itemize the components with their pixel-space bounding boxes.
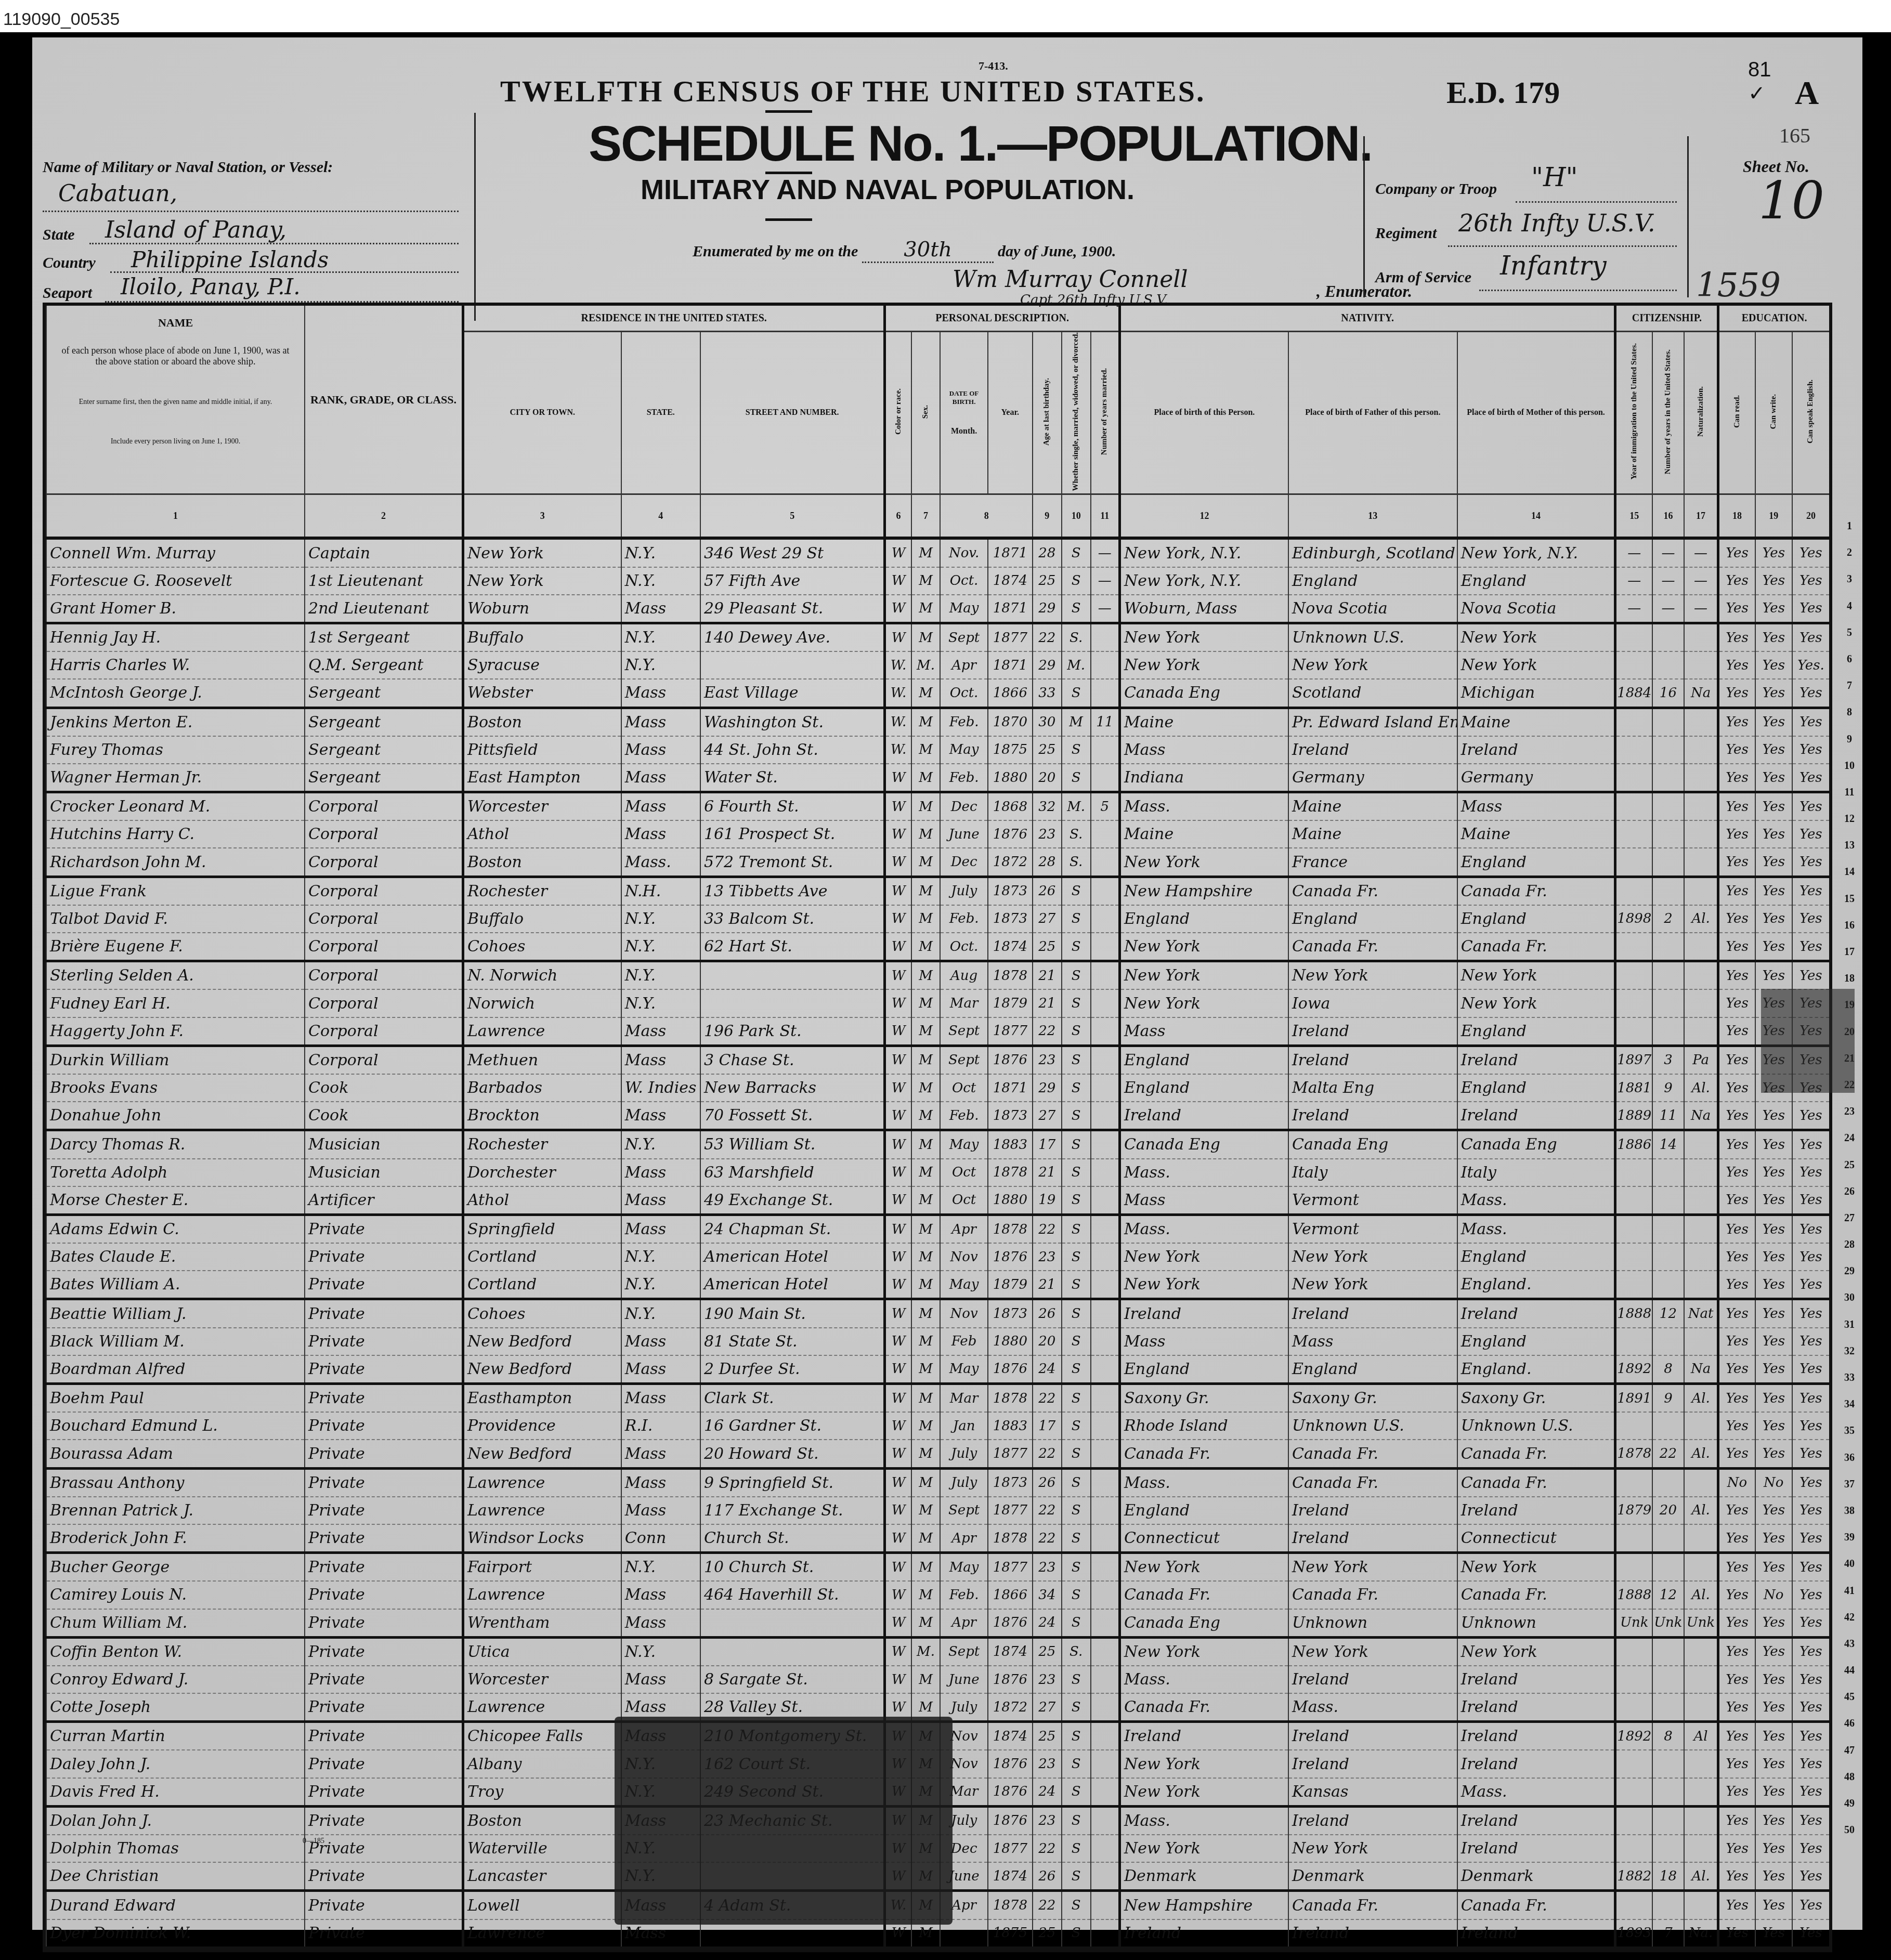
- cell-bf: Ireland: [1288, 736, 1457, 764]
- cell-bm: Connecticut: [1457, 1524, 1615, 1553]
- cell-rank: Private: [305, 1609, 463, 1638]
- cell-bf: France: [1288, 848, 1457, 877]
- cell-age: 23: [1033, 1750, 1062, 1778]
- cell-imm: —: [1615, 567, 1652, 595]
- cell-read: Yes: [1718, 933, 1755, 961]
- cell-month: Oct: [940, 1159, 987, 1186]
- cell-rank: Private: [305, 1271, 463, 1299]
- cell-bm: Ireland: [1457, 1299, 1615, 1328]
- cell-marital: S.: [1062, 1637, 1091, 1666]
- cell-marital: S: [1062, 1159, 1091, 1186]
- column-number: 4: [621, 494, 700, 539]
- cell-sex: M: [911, 1609, 941, 1638]
- cell-year: 1880: [988, 1328, 1033, 1355]
- cell-city: Dorchester: [463, 1159, 621, 1186]
- cell-yrs: [1652, 1693, 1684, 1722]
- cell-nat: [1684, 1468, 1718, 1497]
- cell-state: Mass: [621, 1581, 700, 1609]
- cell-read: Yes: [1718, 1609, 1755, 1638]
- cell-bp: Mass.: [1119, 1214, 1288, 1243]
- cell-marital: S: [1062, 1862, 1091, 1891]
- cell-street: 81 State St.: [700, 1328, 885, 1355]
- cell-bm: Mass.: [1457, 1186, 1615, 1215]
- regiment-label: Regiment: [1375, 225, 1437, 242]
- cell-name: Darcy Thomas R.: [46, 1130, 305, 1159]
- cell-nat: Nat: [1684, 1299, 1718, 1328]
- cell-state: Mass: [621, 595, 700, 623]
- cell-name: Talbot David F.: [46, 905, 305, 933]
- cell-month: Sept: [940, 1046, 987, 1074]
- cell-write: Yes: [1755, 1693, 1792, 1722]
- cell-bm: New York: [1457, 1553, 1615, 1582]
- enum-prefix: Enumerated by me on the: [693, 243, 858, 260]
- cell-sex: M: [911, 792, 941, 821]
- header-immigration-year: Year of immigration to the United States…: [1615, 332, 1652, 494]
- header-years-in-us: Number of years in the United States.: [1652, 332, 1684, 494]
- cell-read: Yes: [1718, 1524, 1755, 1553]
- cell-imm: [1615, 1328, 1652, 1355]
- line-number: 2: [1839, 540, 1860, 566]
- cell-bm: New York: [1457, 1637, 1615, 1666]
- cell-city: Buffalo: [463, 905, 621, 933]
- station-label: Name of Military or Naval Station, or Ve…: [43, 159, 333, 176]
- cell-name: Bouchard Edmund L.: [46, 1412, 305, 1440]
- cell-speak: Yes: [1792, 1468, 1829, 1497]
- cell-bm: England.: [1457, 1355, 1615, 1384]
- cell-age: 23: [1033, 1046, 1062, 1074]
- title-rule: [765, 218, 812, 221]
- cell-imm: Unk: [1615, 1609, 1652, 1638]
- cell-write: Yes: [1755, 736, 1792, 764]
- cell-year: 1877: [988, 1017, 1033, 1046]
- cell-read: Yes: [1718, 1722, 1755, 1750]
- table-row: Wagner Herman Jr.SergeantEast HamptonMas…: [46, 764, 1829, 792]
- cell-nat: [1684, 1806, 1718, 1835]
- cell-imm: [1615, 623, 1652, 651]
- arm-value: Infantry: [1500, 251, 1607, 281]
- cell-sex: M: [911, 708, 941, 736]
- cell-street: 464 Haverhill St.: [700, 1581, 885, 1609]
- cell-read: Yes: [1718, 1355, 1755, 1384]
- cell-nat: Al.: [1684, 1440, 1718, 1468]
- cell-imm: [1615, 764, 1652, 792]
- cell-imm: [1615, 1666, 1652, 1693]
- cell-imm: [1615, 708, 1652, 736]
- cell-marital: S: [1062, 1750, 1091, 1778]
- line-number: 10: [1839, 753, 1860, 779]
- header-street: STREET AND NUMBER.: [700, 332, 885, 494]
- cell-marital: S: [1062, 1468, 1091, 1497]
- cell-imm: 1898: [1615, 905, 1652, 933]
- cell-read: Yes: [1718, 1862, 1755, 1891]
- cell-age: 28: [1033, 848, 1062, 877]
- cell-color: W: [885, 1553, 911, 1582]
- cell-color: W: [885, 1666, 911, 1693]
- cell-year: 1868: [988, 792, 1033, 821]
- cell-write: Yes: [1755, 1440, 1792, 1468]
- cell-yrs: [1652, 1778, 1684, 1807]
- cell-rank: Corporal: [305, 905, 463, 933]
- cell-rank: Private: [305, 1524, 463, 1553]
- cell-write: Yes: [1755, 1553, 1792, 1582]
- cell-nat: [1684, 1778, 1718, 1807]
- cell-sex: M: [911, 1017, 941, 1046]
- cell-city: Rochester: [463, 877, 621, 905]
- cell-year: 1876: [988, 1750, 1033, 1778]
- cell-year: 1876: [988, 1243, 1033, 1271]
- cell-bf: Canada Eng: [1288, 1130, 1457, 1159]
- cell-bf: Kansas: [1288, 1778, 1457, 1807]
- cell-state: Mass: [621, 820, 700, 848]
- cell-color: W: [885, 538, 911, 567]
- cell-read: Yes: [1718, 1806, 1755, 1835]
- cell-street: Clark St.: [700, 1384, 885, 1413]
- company-label: Company or Troop: [1375, 180, 1497, 198]
- cell-state: N.H.: [621, 877, 700, 905]
- cell-nat: [1684, 1835, 1718, 1862]
- cell-marital: S: [1062, 1412, 1091, 1440]
- cell-year: 1879: [988, 1271, 1033, 1299]
- cell-read: Yes: [1718, 1440, 1755, 1468]
- cell-ym: —: [1091, 567, 1120, 595]
- cell-imm: 1888: [1615, 1299, 1652, 1328]
- table-row: Grant Homer B.2nd LieutenantWoburnMass29…: [46, 595, 1829, 623]
- cell-month: Feb.: [940, 1581, 987, 1609]
- cell-ym: [1091, 1722, 1120, 1750]
- cell-marital: S: [1062, 567, 1091, 595]
- cell-color: W: [885, 792, 911, 821]
- cell-rank: 1st Lieutenant: [305, 567, 463, 595]
- cell-read: Yes: [1718, 1159, 1755, 1186]
- header-color: Color or race.: [885, 332, 911, 494]
- cell-street: 117 Exchange St.: [700, 1497, 885, 1524]
- cell-rank: Private: [305, 1750, 463, 1778]
- cell-bm: Ireland: [1457, 1666, 1615, 1693]
- table-row: Adams Edwin C.PrivateSpringfieldMass24 C…: [46, 1214, 1829, 1243]
- header-state: STATE.: [621, 332, 700, 494]
- cell-name: Hennig Jay H.: [46, 623, 305, 651]
- arm-label: Arm of Service: [1375, 269, 1471, 286]
- cell-city: Windsor Locks: [463, 1524, 621, 1553]
- cell-state: N.Y.: [621, 1243, 700, 1271]
- cell-age: 23: [1033, 1666, 1062, 1693]
- stamp-bottom-number: 1559: [1696, 266, 1781, 305]
- cell-bf: Italy: [1288, 1159, 1457, 1186]
- header-personal: PERSONAL DESCRIPTION.: [885, 306, 1119, 332]
- column-number: 17: [1684, 494, 1718, 539]
- line-number: 12: [1839, 806, 1860, 832]
- cell-city: New York: [463, 567, 621, 595]
- cell-year: 1874: [988, 567, 1033, 595]
- cell-ym: [1091, 1214, 1120, 1243]
- cell-state: Mass: [621, 1214, 700, 1243]
- cell-bm: Nova Scotia: [1457, 595, 1615, 623]
- cell-ym: [1091, 1102, 1120, 1130]
- cell-city: Troy: [463, 1778, 621, 1807]
- cell-read: Yes: [1718, 1412, 1755, 1440]
- table-row: Broderick John F.PrivateWindsor LocksCon…: [46, 1524, 1829, 1553]
- field-line: [1516, 201, 1677, 203]
- cell-nat: [1684, 820, 1718, 848]
- cell-city: Lancaster: [463, 1862, 621, 1891]
- cell-name: Brooks Evans: [46, 1074, 305, 1102]
- cell-write: Yes: [1755, 1355, 1792, 1384]
- cell-speak: Yes: [1792, 736, 1829, 764]
- cell-ym: [1091, 1328, 1120, 1355]
- cell-bf: Vermont: [1288, 1186, 1457, 1215]
- cell-year: 1878: [988, 1214, 1033, 1243]
- cell-city: Lawrence: [463, 1693, 621, 1722]
- line-number: 14: [1839, 859, 1860, 885]
- cell-age: 25: [1033, 1722, 1062, 1750]
- cell-speak: Yes: [1792, 1750, 1829, 1778]
- field-line: [43, 211, 459, 212]
- cell-ym: [1091, 1384, 1120, 1413]
- cell-read: Yes: [1718, 567, 1755, 595]
- cell-year: 1880: [988, 1186, 1033, 1215]
- cell-color: W.: [885, 679, 911, 708]
- cell-bp: New York: [1119, 1271, 1288, 1299]
- cell-city: Lowell: [463, 1891, 621, 1919]
- cell-age: 21: [1033, 1159, 1062, 1186]
- cell-age: 24: [1033, 1609, 1062, 1638]
- cell-bf: Canada Fr.: [1288, 1581, 1457, 1609]
- cell-bp: England: [1119, 905, 1288, 933]
- table-row: Hutchins Harry C.CorporalAtholMass161 Pr…: [46, 820, 1829, 848]
- cell-street: 16 Gardner St.: [700, 1412, 885, 1440]
- cell-yrs: [1652, 708, 1684, 736]
- cell-imm: [1615, 1214, 1652, 1243]
- header-residence: RESIDENCE IN THE UNITED STATES.: [463, 306, 885, 332]
- cell-year: 1874: [988, 1862, 1033, 1891]
- cell-ym: [1091, 1046, 1120, 1074]
- cell-imm: [1615, 1271, 1652, 1299]
- cell-marital: S: [1062, 736, 1091, 764]
- cell-street: 346 West 29 St: [700, 538, 885, 567]
- cell-sex: M: [911, 1046, 941, 1074]
- cell-yrs: [1652, 1271, 1684, 1299]
- cell-read: Yes: [1718, 708, 1755, 736]
- header-can-speak-english: Can speak English.: [1792, 332, 1829, 494]
- cell-read: Yes: [1718, 1328, 1755, 1355]
- cell-color: W: [885, 961, 911, 990]
- cell-color: W: [885, 905, 911, 933]
- cell-bm: Canada Eng: [1457, 1130, 1615, 1159]
- cell-state: N.Y.: [621, 933, 700, 961]
- cell-year: 1878: [988, 961, 1033, 990]
- cell-nat: Al.: [1684, 905, 1718, 933]
- cell-ym: [1091, 1355, 1120, 1384]
- cell-age: 22: [1033, 1440, 1062, 1468]
- cell-street: [700, 651, 885, 679]
- cell-speak: Yes: [1792, 1102, 1829, 1130]
- cell-state: W. Indies: [621, 1074, 700, 1102]
- cell-state: Mass: [621, 1017, 700, 1046]
- cell-ym: [1091, 1919, 1120, 1948]
- column-number: 16: [1652, 494, 1684, 539]
- cell-marital: S: [1062, 1497, 1091, 1524]
- cell-state: N.Y.: [621, 1271, 700, 1299]
- cell-nat: Al.: [1684, 1074, 1718, 1102]
- cell-marital: S: [1062, 1919, 1091, 1948]
- header-birth-father: Place of birth of Father of this person.: [1288, 332, 1457, 494]
- cell-ym: [1091, 1497, 1120, 1524]
- line-number: 44: [1839, 1657, 1860, 1684]
- cell-bp: Ireland: [1119, 1299, 1288, 1328]
- cell-imm: [1615, 651, 1652, 679]
- cell-marital: M.: [1062, 792, 1091, 821]
- cell-speak: Yes: [1792, 595, 1829, 623]
- table-row: Fudney Earl H.CorporalNorwichN.Y.WMMar18…: [46, 989, 1829, 1017]
- cell-bm: Canada Fr.: [1457, 1581, 1615, 1609]
- seaport-value: Iloilo, Panay, P.I.: [121, 274, 301, 299]
- cell-name: Davis Fred H.: [46, 1778, 305, 1807]
- cell-year: 1871: [988, 651, 1033, 679]
- cell-name: Hutchins Harry C.: [46, 820, 305, 848]
- cell-bm: Canada Fr.: [1457, 1440, 1615, 1468]
- cell-imm: 1893: [1615, 1919, 1652, 1948]
- cell-yrs: —: [1652, 595, 1684, 623]
- cell-write: Yes: [1755, 538, 1792, 567]
- cell-state: N.Y.: [621, 1637, 700, 1666]
- cell-imm: [1615, 848, 1652, 877]
- line-number: 37: [1839, 1471, 1860, 1498]
- cell-nat: [1684, 1017, 1718, 1046]
- cell-read: Yes: [1718, 1778, 1755, 1807]
- cell-marital: S: [1062, 1891, 1091, 1919]
- cell-color: W: [885, 1328, 911, 1355]
- cell-speak: Yes: [1792, 1384, 1829, 1413]
- cell-marital: S: [1062, 1017, 1091, 1046]
- cell-name: Chum William M.: [46, 1609, 305, 1638]
- cell-speak: Yes: [1792, 538, 1829, 567]
- cell-speak: Yes: [1792, 1609, 1829, 1638]
- header-name: NAME of each person whose place of abode…: [46, 306, 305, 494]
- cell-month: Feb.: [940, 905, 987, 933]
- cell-color: W: [885, 820, 911, 848]
- cell-imm: 1882: [1615, 1862, 1652, 1891]
- cell-street: 62 Hart St.: [700, 933, 885, 961]
- cell-age: 25: [1033, 1637, 1062, 1666]
- cell-rank: Corporal: [305, 877, 463, 905]
- column-number: 7: [911, 494, 941, 539]
- header-sex: Sex.: [911, 332, 941, 494]
- cell-sex: M: [911, 1130, 941, 1159]
- line-number: 31: [1839, 1312, 1860, 1338]
- column-number: 19: [1755, 494, 1792, 539]
- line-number: 33: [1839, 1365, 1860, 1391]
- cell-yrs: [1652, 1891, 1684, 1919]
- cell-read: Yes: [1718, 1299, 1755, 1328]
- cell-yrs: 11: [1652, 1102, 1684, 1130]
- cell-rank: Corporal: [305, 1046, 463, 1074]
- cell-bm: Mass.: [1457, 1778, 1615, 1807]
- cell-name: Haggerty John F.: [46, 1017, 305, 1046]
- cell-bp: New Hampshire: [1119, 877, 1288, 905]
- cell-city: Methuen: [463, 1046, 621, 1074]
- cell-marital: S: [1062, 1835, 1091, 1862]
- cell-year: 1876: [988, 1046, 1033, 1074]
- cell-yrs: [1652, 736, 1684, 764]
- cell-imm: [1615, 1553, 1652, 1582]
- cell-yrs: [1652, 1468, 1684, 1497]
- cell-nat: [1684, 1271, 1718, 1299]
- cell-marital: S: [1062, 1553, 1091, 1582]
- cell-nat: Unk: [1684, 1609, 1718, 1638]
- cell-month: Sept: [940, 1497, 987, 1524]
- cell-bm: Denmark: [1457, 1862, 1615, 1891]
- cell-nat: [1684, 1693, 1718, 1722]
- cell-rank: Private: [305, 1919, 463, 1948]
- cell-ym: [1091, 1835, 1120, 1862]
- table-row: Boardman AlfredPrivateNew BedfordMass2 D…: [46, 1355, 1829, 1384]
- cell-yrs: —: [1652, 538, 1684, 567]
- cell-city: Athol: [463, 820, 621, 848]
- column-number: 9: [1033, 494, 1062, 539]
- cell-nat: [1684, 1186, 1718, 1215]
- cell-bp: New York: [1119, 961, 1288, 990]
- cell-sex: M: [911, 1666, 941, 1693]
- cell-age: 22: [1033, 1214, 1062, 1243]
- station-value: Cabatuan,: [58, 180, 177, 207]
- table-row: Chum William M.PrivateWrenthamMassWMApr1…: [46, 1609, 1829, 1638]
- unit-info: Company or Troop "H" Regiment 26th Infty…: [1363, 136, 1689, 297]
- cell-state: R.I.: [621, 1412, 700, 1440]
- cell-year: 1878: [988, 1159, 1033, 1186]
- cell-street: [700, 1637, 885, 1666]
- cell-color: W: [885, 1299, 911, 1328]
- header-year: Year.: [988, 332, 1033, 494]
- cell-month: May: [940, 1355, 987, 1384]
- cell-read: Yes: [1718, 1637, 1755, 1666]
- cell-month: Apr: [940, 651, 987, 679]
- cell-speak: Yes: [1792, 1243, 1829, 1271]
- cell-read: Yes: [1718, 1581, 1755, 1609]
- cell-bp: New Hampshire: [1119, 1891, 1288, 1919]
- cell-yrs: 16: [1652, 679, 1684, 708]
- cell-bf: Mass: [1288, 1328, 1457, 1355]
- cell-bp: New York: [1119, 1637, 1288, 1666]
- cell-rank: Private: [305, 1214, 463, 1243]
- cell-bm: Michigan: [1457, 679, 1615, 708]
- cell-speak: Yes: [1792, 1637, 1829, 1666]
- cell-city: Brockton: [463, 1102, 621, 1130]
- cell-nat: [1684, 736, 1718, 764]
- cell-write: Yes: [1755, 1243, 1792, 1271]
- cell-age: 29: [1033, 1074, 1062, 1102]
- field-line: [1448, 245, 1677, 247]
- cell-sex: M: [911, 1102, 941, 1130]
- cell-month: June: [940, 1666, 987, 1693]
- cell-state: Mass: [621, 1328, 700, 1355]
- cell-marital: S.: [1062, 820, 1091, 848]
- cell-age: 25: [1033, 736, 1062, 764]
- cell-yrs: [1652, 623, 1684, 651]
- cell-imm: [1615, 1835, 1652, 1862]
- cell-rank: Cook: [305, 1074, 463, 1102]
- cell-year: 1873: [988, 877, 1033, 905]
- cell-name: Broderick John F.: [46, 1524, 305, 1553]
- cell-name: Brassau Anthony: [46, 1468, 305, 1497]
- cell-bf: Pr. Edward Island Eng: [1288, 708, 1457, 736]
- cell-imm: 1891: [1615, 1384, 1652, 1413]
- cell-yrs: [1652, 989, 1684, 1017]
- cell-bm: Unknown U.S.: [1457, 1412, 1615, 1440]
- cell-year: 1883: [988, 1412, 1033, 1440]
- cell-marital: S: [1062, 1609, 1091, 1638]
- cell-age: 17: [1033, 1412, 1062, 1440]
- cell-state: Mass: [621, 792, 700, 821]
